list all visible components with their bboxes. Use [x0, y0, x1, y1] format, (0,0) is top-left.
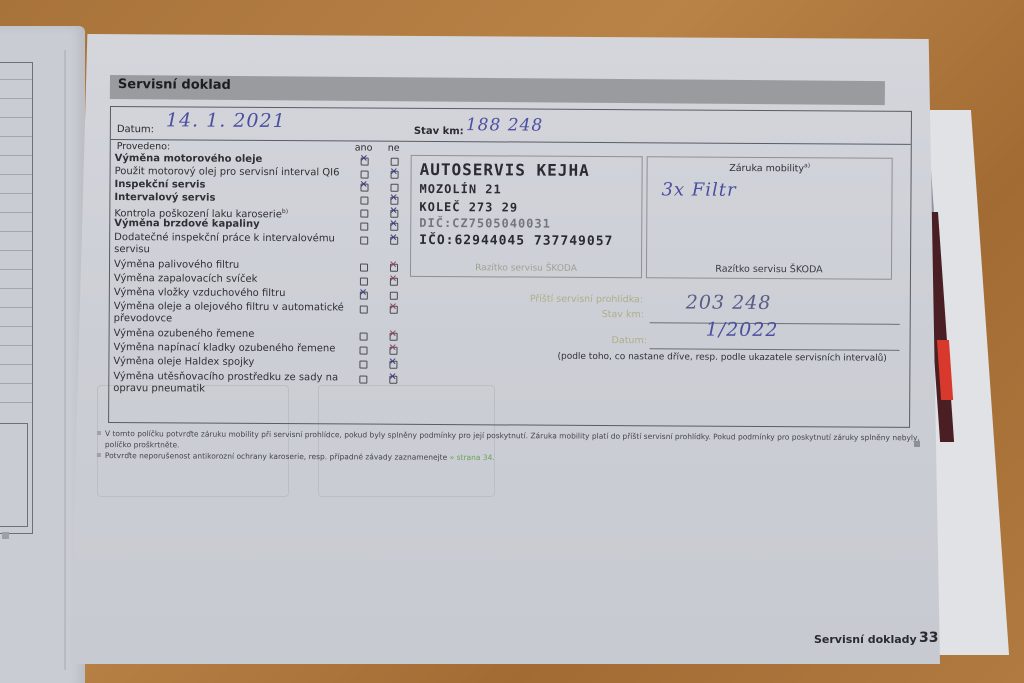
checklist-item-label: Výměna oleje a olejového filtru v automa…: [114, 301, 354, 326]
checklist-item-label: Výměna ozubeného řemene: [114, 328, 354, 341]
checkbox-yes[interactable]: [361, 171, 369, 179]
left-page-rule: [0, 383, 32, 384]
checklist-item-label: Výměna zapalovacích svíček: [114, 273, 354, 286]
checklist-item-label: Výměna palivového filtru: [114, 259, 354, 272]
stamp-line-2: MOZOLÍN 21: [419, 182, 501, 197]
stamp-caption: Razítko servisu ŠKODA: [411, 263, 641, 274]
checklist-item-label: Výměna oleje Haldex spojky: [113, 356, 353, 369]
next-date-line: [650, 348, 900, 351]
checkbox-no[interactable]: [391, 158, 399, 166]
section-title: Servisní doklad: [118, 77, 231, 93]
checklist-item-label: Použit motorový olej pro servisní interv…: [115, 166, 355, 179]
checkbox-yes[interactable]: [360, 223, 368, 231]
checkbox-no[interactable]: [390, 237, 398, 245]
mobility-title: Záruka mobilitya): [648, 161, 892, 175]
checkbox-yes[interactable]: [360, 292, 368, 300]
checkbox-no[interactable]: [390, 264, 398, 272]
footnote-b-text: Potvrďte neporušenost antikorozní ochran…: [105, 451, 447, 462]
checkbox-no[interactable]: [390, 292, 398, 300]
stamp-line-5: IČO:62944045 737749057: [419, 233, 613, 249]
footnotes: V tomto políčku potvrďte záruku mobility…: [96, 428, 926, 465]
checkbox-yes[interactable]: [359, 376, 367, 384]
service-record-form: Datum: 14. 1. 2021 Stav km: 188 248 Prov…: [108, 106, 912, 428]
footer-chapter-title: Servisní doklady: [814, 633, 917, 646]
left-page-rule: [0, 288, 32, 289]
checkbox-yes[interactable]: [359, 347, 367, 355]
checkbox-yes[interactable]: [360, 210, 368, 218]
checkbox-yes[interactable]: [360, 197, 368, 205]
checkbox-yes[interactable]: [360, 306, 368, 314]
checklist-item-label: Výměna napínací kladky ozubeného řemene: [113, 342, 353, 355]
checklist-item-label: Výměna vložky vzduchového filtru: [114, 287, 354, 300]
left-page-rule: [0, 326, 32, 327]
checkbox-no[interactable]: [390, 306, 398, 314]
checkbox-no[interactable]: [390, 184, 398, 192]
checkbox-yes[interactable]: [360, 278, 368, 286]
km-label: Stav km:: [414, 126, 464, 137]
page-number: 33: [919, 630, 938, 646]
next-service-heading: Příští servisní prohlídka:: [530, 294, 643, 306]
checklist-item-label: Inspekční servis: [114, 179, 354, 192]
date-km-row: Datum: 14. 1. 2021 Stav km: 188 248: [111, 107, 911, 145]
checklist-heading: Provedeno:: [117, 141, 171, 152]
checkbox-no[interactable]: [390, 278, 398, 286]
left-page-rule: [0, 155, 32, 156]
checkbox-no[interactable]: [390, 223, 398, 231]
checkbox-yes[interactable]: [361, 158, 369, 166]
next-service-note: (podle toho, co nastane dříve, resp. pod…: [557, 352, 886, 364]
checkbox-yes[interactable]: [360, 333, 368, 341]
left-page-box: [0, 423, 28, 527]
left-page-rule: [0, 269, 32, 270]
checkbox-yes[interactable]: [360, 184, 368, 192]
checkbox-no[interactable]: [389, 361, 397, 369]
checkbox-yes[interactable]: [360, 264, 368, 272]
checkbox-no[interactable]: [390, 197, 398, 205]
next-date-value[interactable]: 1/2022: [706, 319, 779, 341]
mobility-caption: Razítko servisu ŠKODA: [647, 263, 891, 275]
checkbox-no[interactable]: [389, 347, 397, 355]
stamp-line-4: DIČ:CZ7505040031: [419, 216, 551, 231]
checklist-item-label: Intervalový servis: [114, 192, 354, 205]
next-service-section: Příští servisní prohlídka: Stav km: 203 …: [529, 290, 899, 372]
left-page-rule: [0, 345, 32, 346]
checkbox-yes[interactable]: [359, 361, 367, 369]
left-page-rule: [0, 402, 32, 403]
checklist-item-label: Výměna motorového oleje: [115, 153, 355, 166]
left-page-rule: [0, 117, 32, 118]
left-page-rule: [0, 212, 32, 213]
stamp-line-3: KOLEČ 273 29: [419, 200, 518, 215]
mobility-handwritten-note[interactable]: 3x Filtr: [661, 179, 736, 200]
next-date-label: Datum:: [612, 335, 647, 346]
left-page-rule: [0, 98, 32, 99]
checkbox-no[interactable]: [391, 171, 399, 179]
left-page-rule: [0, 364, 32, 365]
next-km-value[interactable]: 203 248: [686, 292, 772, 315]
date-value[interactable]: 14. 1. 2021: [166, 109, 286, 132]
checklist-item-label: Výměna utěsňovacího prostředku ze sady n…: [113, 371, 353, 396]
col-yes-label: ano: [355, 142, 373, 153]
checkbox-no[interactable]: [389, 376, 397, 384]
page-reference-link[interactable]: » strana 34.: [450, 453, 495, 462]
col-no-label: ne: [388, 143, 400, 154]
service-stamp-box: AUTOSERVIS KEJHA MOZOLÍN 21 KOLEČ 273 29…: [410, 155, 643, 278]
left-page-rule: [0, 174, 32, 175]
left-page-end-marker: [2, 532, 9, 539]
left-page-rule: [0, 307, 32, 308]
date-label: Datum:: [117, 124, 154, 135]
checkbox-no[interactable]: [390, 333, 398, 341]
checklist-item-label: Dodatečné inspekční práce k intervalovém…: [114, 232, 354, 257]
left-page-rule: [0, 193, 32, 194]
left-page-rule: [0, 231, 32, 232]
mobility-warranty-box: Záruka mobilitya) 3x Filtr Razítko servi…: [646, 156, 893, 280]
left-page-rule: [0, 136, 32, 137]
section-end-marker: [914, 441, 920, 447]
left-page-rule: [0, 250, 32, 251]
checkbox-yes[interactable]: [360, 237, 368, 245]
checklist-item-label: Výměna brzdové kapaliny: [114, 218, 354, 231]
left-page-table: [0, 62, 33, 534]
stamp-line-1: AUTOSERVIS KEJHA: [420, 160, 590, 180]
next-km-label: Stav km:: [602, 309, 644, 320]
book-spine: [64, 50, 66, 670]
checkbox-no[interactable]: [390, 210, 398, 218]
km-value[interactable]: 188 248: [466, 115, 543, 135]
left-page-rule: [0, 79, 32, 80]
